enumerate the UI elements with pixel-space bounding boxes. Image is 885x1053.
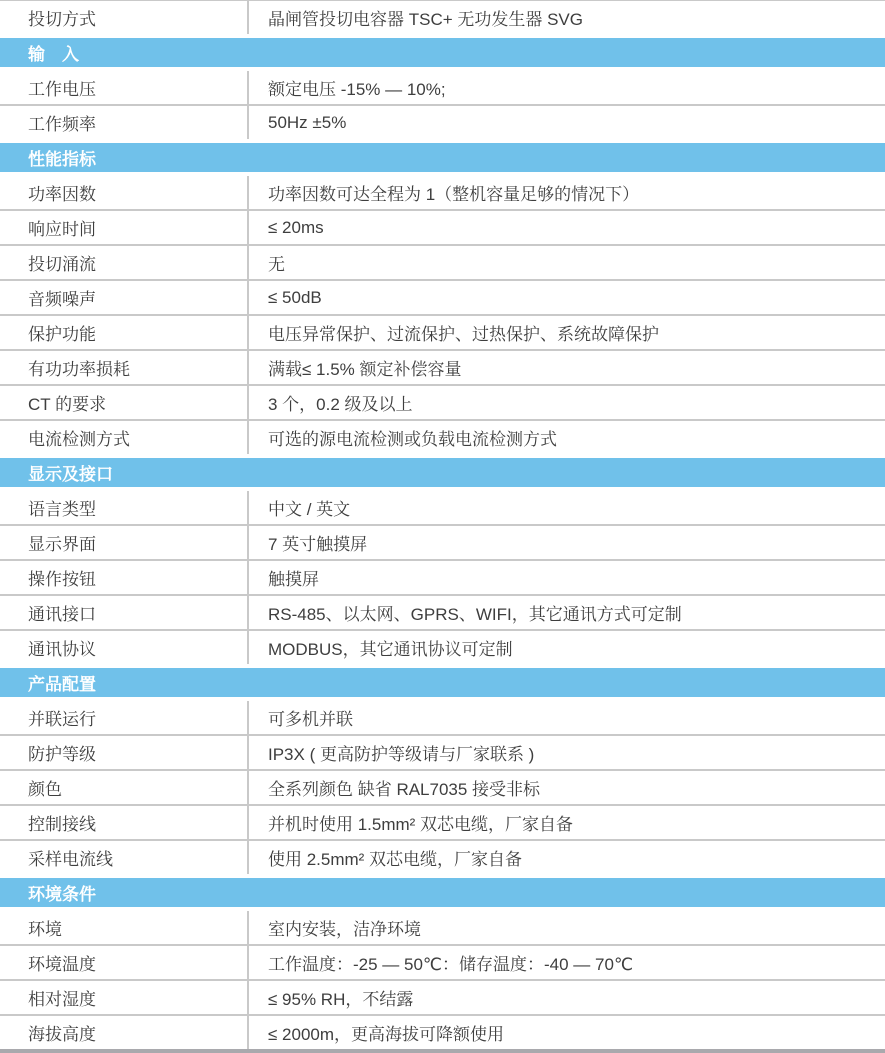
section-header-label: 显示及接口 [28, 460, 113, 485]
row-value: 无 [247, 246, 885, 279]
row-value: 使用 2.5mm² 双芯电缆，厂家自备 [247, 841, 885, 874]
row-label: 采样电流线 [0, 841, 247, 874]
table-row: 相对湿度 ≤ 95% RH，不结露 [0, 981, 885, 1016]
table-row: 采样电流线 使用 2.5mm² 双芯电缆，厂家自备 [0, 841, 885, 874]
row-label: 防护等级 [0, 736, 247, 769]
row-label: 通讯接口 [0, 596, 247, 629]
table-row: 音频噪声 ≤ 50dB [0, 281, 885, 316]
row-value: RS-485、以太网、GPRS、WIFI，其它通讯方式可定制 [247, 596, 885, 629]
section-header-label: 产品配置 [28, 670, 96, 695]
row-value: 7 英寸触摸屏 [247, 526, 885, 559]
row-value: 可选的源电流检测或负载电流检测方式 [247, 421, 885, 454]
section-header-label: 性能指标 [28, 145, 96, 170]
row-label: 通讯协议 [0, 631, 247, 664]
table-row: 海拔高度 ≤ 2000m，更高海拔可降额使用 [0, 1016, 885, 1049]
row-label: 投切涌流 [0, 246, 247, 279]
table-row: CT 的要求 3 个，0.2 级及以上 [0, 386, 885, 421]
row-label: 保护功能 [0, 316, 247, 349]
row-label: 显示界面 [0, 526, 247, 559]
row-value: ≤ 2000m，更高海拔可降额使用 [247, 1016, 885, 1049]
row-value: 50Hz ±5% [247, 106, 885, 139]
table-row: 功率因数 功率因数可达全程为 1（整机容量足够的情况下） [0, 176, 885, 211]
row-label: 控制接线 [0, 806, 247, 839]
row-value: 室内安装，洁净环境 [247, 911, 885, 944]
table-row: 通讯接口 RS-485、以太网、GPRS、WIFI，其它通讯方式可定制 [0, 596, 885, 631]
table-row: 环境 室内安装，洁净环境 [0, 911, 885, 946]
row-label: 工作电压 [0, 71, 247, 104]
row-value: 可多机并联 [247, 701, 885, 734]
section-header: 性能指标 [0, 143, 885, 172]
table-row: 投切方式 晶闸管投切电容器 TSC+ 无功发生器 SVG [0, 1, 885, 34]
table-row: 操作按钮 触摸屏 [0, 561, 885, 596]
table-row: 工作电压 额定电压 -15% — 10%; [0, 71, 885, 106]
table-row: 投切涌流 无 [0, 246, 885, 281]
row-label: 音频噪声 [0, 281, 247, 314]
row-value: 全系列颜色 缺省 RAL7035 接受非标 [247, 771, 885, 804]
row-value: 触摸屏 [247, 561, 885, 594]
row-label: 海拔高度 [0, 1016, 247, 1049]
row-value: 电压异常保护、过流保护、过热保护、系统故障保护 [247, 316, 885, 349]
table-row: 语言类型 中文 / 英文 [0, 491, 885, 526]
spec-table: 投切方式 晶闸管投切电容器 TSC+ 无功发生器 SVG 输 入 工作电压 额定… [0, 0, 885, 1053]
row-label: 操作按钮 [0, 561, 247, 594]
row-value: 满载≤ 1.5% 额定补偿容量 [247, 351, 885, 384]
row-label: 有功功率损耗 [0, 351, 247, 384]
row-value: MODBUS，其它通讯协议可定制 [247, 631, 885, 664]
section-header: 产品配置 [0, 668, 885, 697]
row-value: ≤ 95% RH，不结露 [247, 981, 885, 1014]
row-value: ≤ 20ms [247, 211, 885, 244]
section-header: 输 入 [0, 38, 885, 67]
table-row: 颜色 全系列颜色 缺省 RAL7035 接受非标 [0, 771, 885, 806]
row-value: ≤ 50dB [247, 281, 885, 314]
table-row: 工作频率 50Hz ±5% [0, 106, 885, 139]
row-label: 并联运行 [0, 701, 247, 734]
table-row: 防护等级 IP3X ( 更高防护等级请与厂家联系 ) [0, 736, 885, 771]
table-row: 通讯协议 MODBUS，其它通讯协议可定制 [0, 631, 885, 664]
row-label: 语言类型 [0, 491, 247, 524]
bottom-bar [0, 1049, 885, 1053]
row-value: 功率因数可达全程为 1（整机容量足够的情况下） [247, 176, 885, 209]
row-label: CT 的要求 [0, 386, 247, 419]
table-row: 保护功能 电压异常保护、过流保护、过热保护、系统故障保护 [0, 316, 885, 351]
row-value: IP3X ( 更高防护等级请与厂家联系 ) [247, 736, 885, 769]
row-label: 功率因数 [0, 176, 247, 209]
row-value: 晶闸管投切电容器 TSC+ 无功发生器 SVG [247, 1, 885, 34]
table-row: 并联运行 可多机并联 [0, 701, 885, 736]
row-label: 颜色 [0, 771, 247, 804]
table-row: 响应时间 ≤ 20ms [0, 211, 885, 246]
row-label: 响应时间 [0, 211, 247, 244]
row-value: 额定电压 -15% — 10%; [247, 71, 885, 104]
row-value: 并机时使用 1.5mm² 双芯电缆，厂家自备 [247, 806, 885, 839]
table-row: 环境温度 工作温度：-25 — 50℃：储存温度：-40 — 70℃ [0, 946, 885, 981]
row-value: 3 个，0.2 级及以上 [247, 386, 885, 419]
row-value: 中文 / 英文 [247, 491, 885, 524]
row-value: 工作温度：-25 — 50℃：储存温度：-40 — 70℃ [247, 946, 885, 979]
row-label: 环境 [0, 911, 247, 944]
section-header-label: 环境条件 [28, 880, 96, 905]
section-header-label: 输 入 [28, 40, 79, 65]
table-row: 显示界面 7 英寸触摸屏 [0, 526, 885, 561]
section-header: 环境条件 [0, 878, 885, 907]
row-label: 环境温度 [0, 946, 247, 979]
row-label: 相对湿度 [0, 981, 247, 1014]
table-row: 有功功率损耗 满载≤ 1.5% 额定补偿容量 [0, 351, 885, 386]
row-label: 电流检测方式 [0, 421, 247, 454]
row-label: 工作频率 [0, 106, 247, 139]
table-row: 控制接线 并机时使用 1.5mm² 双芯电缆，厂家自备 [0, 806, 885, 841]
section-header: 显示及接口 [0, 458, 885, 487]
table-row: 电流检测方式 可选的源电流检测或负载电流检测方式 [0, 421, 885, 454]
row-label: 投切方式 [0, 1, 247, 34]
